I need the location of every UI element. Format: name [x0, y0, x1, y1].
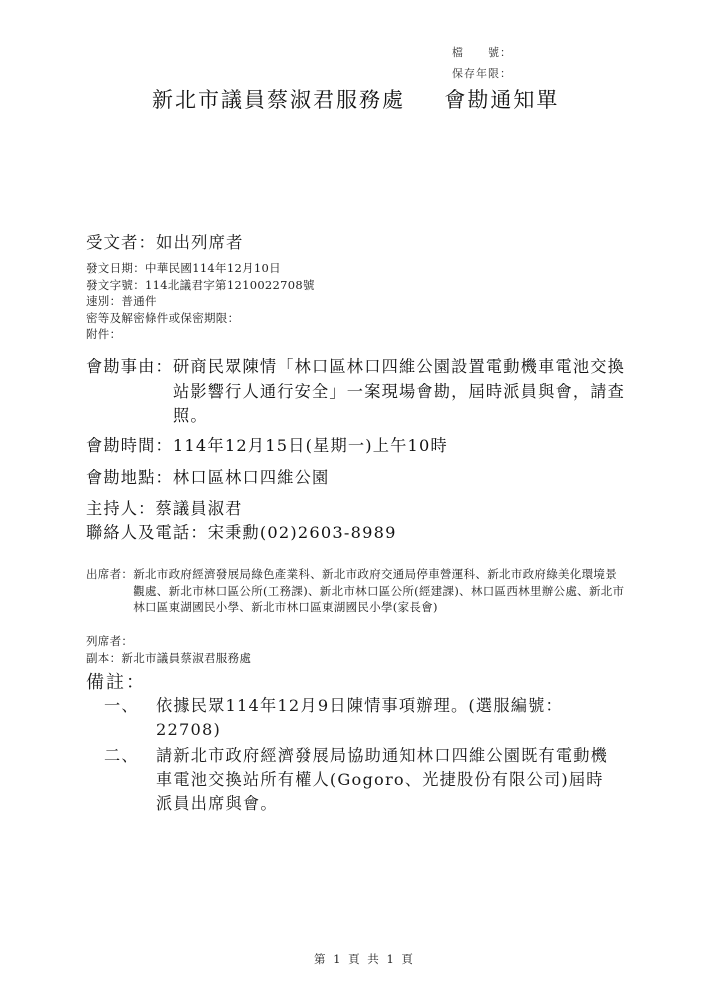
observers: 列席者：: [86, 633, 133, 650]
note-number: 一、: [104, 694, 156, 742]
inspection-reason-label: 會勘事由：: [86, 355, 173, 429]
note-item: 二、 請新北市政府經濟發展局協助通知林口四維公園既有電動機車電池交換站所有權人(…: [104, 744, 611, 816]
office-name: 新北市議員蔡淑君服務處: [152, 88, 405, 112]
note-item: 一、 依據民眾114年12月9日陳情事項辦理。(選服編號：22708): [104, 694, 611, 742]
page-number: 第 1 頁 共 1 頁: [314, 951, 415, 967]
copy-to: 副本：新北市議員蔡淑君服務處: [86, 650, 251, 667]
note-number: 二、: [104, 744, 156, 816]
urgency: 速別：普通件: [86, 293, 315, 310]
file-number-label: 檔 號：: [452, 44, 512, 60]
notes-title: 備註：: [86, 668, 146, 694]
inspection-reason-text: 研商民眾陳情「林口區林口四維公園設置電動機車電池交換站影響行人通行安全」一案現場…: [173, 355, 631, 429]
contact-person: 聯絡人及電話：宋秉勳(02)2603-8989: [86, 519, 397, 543]
attachment: 附件：: [86, 326, 315, 343]
document-type: 會勘通知單: [444, 88, 559, 112]
attendees: 出席者： 新北市政府經濟發展局綠色產業科、新北市政府交通局停車營運科、新北市政府…: [86, 566, 626, 616]
issue-date: 發文日期：中華民國114年12月10日: [86, 260, 315, 277]
host: 主持人：蔡議員淑君: [86, 495, 243, 519]
note-text: 請新北市政府經濟發展局協助通知林口四維公園既有電動機車電池交換站所有權人(Gog…: [156, 744, 611, 816]
issue-info: 發文日期：中華民國114年12月10日 發文字號：114北議君字第1210022…: [86, 260, 315, 343]
inspection-location: 會勘地點：林口區林口四維公園: [86, 464, 329, 488]
document-title: 新北市議員蔡淑君服務處 會勘通知單: [152, 84, 559, 114]
note-text: 依據民眾114年12月9日陳情事項辦理。(選服編號：22708): [156, 694, 611, 742]
issue-number: 發文字號：114北議君字第1210022708號: [86, 277, 315, 294]
inspection-time: 會勘時間：114年12月15日(星期一)上午10時: [86, 432, 448, 456]
inspection-reason: 會勘事由： 研商民眾陳情「林口區林口四維公園設置電動機車電池交換站影響行人通行安…: [86, 355, 631, 429]
recipient: 受文者：如出列席者: [86, 229, 244, 253]
attendees-list: 新北市政府經濟發展局綠色產業科、新北市政府交通局停車營運科、新北市政府綠美化環境…: [133, 566, 626, 616]
secrecy: 密等及解密條件或保密期限：: [86, 310, 315, 327]
attendees-label: 出席者：: [86, 566, 133, 616]
retention-period-label: 保存年限：: [452, 65, 512, 81]
